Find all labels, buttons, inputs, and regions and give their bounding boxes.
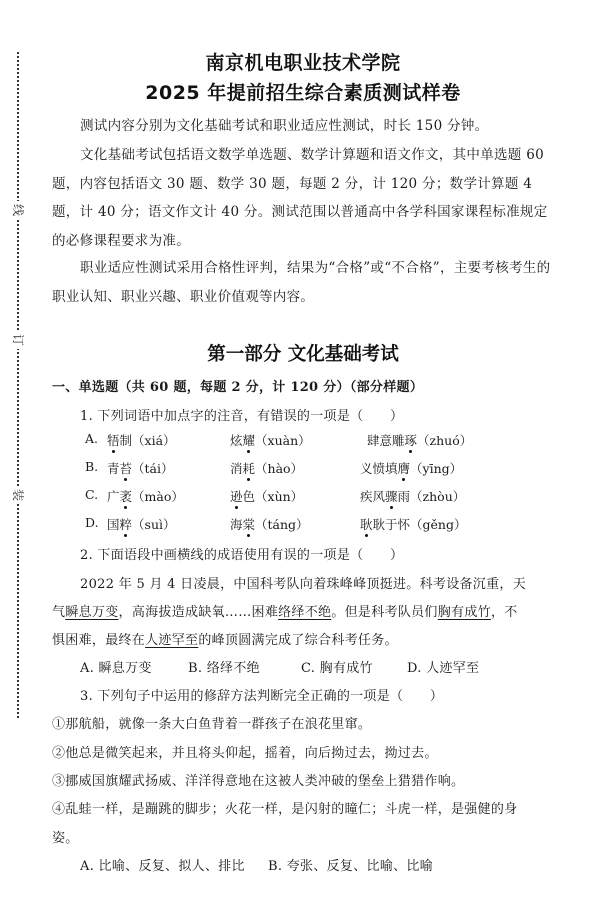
emphasis-dot-char: 骤 (385, 487, 398, 505)
underlined-idiom: 络绎不绝 (278, 605, 331, 620)
emphasis-dot-char: 耀 (243, 431, 256, 449)
question-1-stem: 1. 下列词语中加点字的注音，有错误的一项是（ ） (80, 405, 403, 424)
option-word-3: 疾风骤雨（zhòu） (360, 487, 465, 505)
choice-b: B. 络绎不绝 (188, 657, 260, 676)
emphasis-dot-char: 逊 (230, 487, 243, 505)
emphasis-dot-char: 袤 (120, 487, 133, 505)
intro-paragraph-2: 文化基础考试包括语文数学单选题、数学计算题和语文作文，其中单选题 60 题，内容… (52, 141, 557, 255)
emphasis-dot-char: 琢 (405, 431, 418, 449)
choice-a: A. 比喻、反复、拟人、排比 (80, 855, 245, 874)
option-word-3: 义愤填膺（yīng） (360, 459, 462, 477)
option-label: D. (85, 515, 99, 530)
option-word-1: 广袤（mào） (107, 487, 184, 505)
question-3-choices: A. 比喻、反复、拟人、排比 B. 夸张、反复、比喻、比喻 (80, 855, 500, 875)
emphasis-dot-char: 耿 (360, 515, 373, 533)
exam-title: 2025 年提前招生综合素质测试样卷 (0, 78, 606, 105)
choice-a: A. 瞬息万变 (80, 657, 152, 676)
emphasis-dot-char: 耗 (243, 459, 256, 477)
section-heading: 一、单选题（共 60 题，每题 2 分，计 120 分）（部分样题） (52, 376, 423, 395)
option-word-2: 炫耀（xuàn） (230, 431, 311, 449)
question-3-stem: 3. 下列句子中运用的修辞方法判断完全正确的一项是（ ） (80, 685, 443, 704)
emphasis-dot-char: 粹 (120, 515, 133, 533)
question-3-sentence-4-cont: 姿。 (52, 827, 79, 846)
option-word-2: 海棠（táng） (230, 515, 309, 533)
underlined-idiom: 瞬息万变 (65, 605, 118, 620)
school-name: 南京机电职业技术学院 (0, 48, 606, 75)
choice-b: B. 夸张、反复、比喻、比喻 (268, 855, 433, 874)
option-word-2: 消耗（hào） (230, 459, 303, 477)
question-3-sentence-1: ①那航船，就像一条大白鱼背着一群孩子在浪花里窜。 (52, 713, 371, 732)
emphasis-dot-char: 棠 (243, 515, 256, 533)
intro-paragraph-1: 测试内容分别为文化基础考试和职业适应性测试，时长 150 分钟。 (52, 112, 557, 141)
emphasis-dot-char: 牾 (107, 431, 120, 449)
question-2-passage-line-2: 气瞬息万变，高海拔造成缺氧……困难络绎不绝。但是科考队员们胸有成竹，不 (52, 601, 518, 620)
binding-dotted-line (17, 52, 19, 718)
option-word-2: 逊色（xùn） (230, 487, 303, 505)
part-title: 第一部分 文化基础考试 (0, 340, 606, 366)
question-3-sentence-2: ②他总是微笑起来，并且将头仰起，摇着，向后拗过去，拗过去。 (52, 742, 438, 761)
underlined-idiom: 人迹罕至 (145, 633, 198, 648)
option-label: A. (85, 431, 98, 446)
choice-d: D. 人迹罕至 (407, 657, 479, 676)
option-word-1: 青苔（tái） (107, 459, 174, 477)
question-2-choices: A. 瞬息万变 B. 络绎不绝 C. 胸有成竹 D. 人迹罕至 (80, 657, 500, 677)
option-word-1: 牾制（xiá） (107, 431, 176, 449)
choice-c: C. 胸有成竹 (301, 657, 373, 676)
question-3-sentence-4: ④乱蛙一样，是蹦跳的脚步；火花一样，是闪射的瞳仁；斗虎一样，是强健的身 (52, 798, 518, 817)
option-word-1: 国粹（suì） (107, 515, 176, 533)
emphasis-dot-char: 膺 (398, 459, 411, 477)
emphasis-dot-char: 苔 (120, 459, 133, 477)
underlined-idiom: 胸有成竹 (438, 605, 491, 620)
question-2-passage-line-1: 2022 年 5 月 4 日凌晨，中国科考队向着珠峰峰顶挺进。科考设备沉重，天 (80, 573, 526, 592)
option-label: C. (85, 487, 98, 502)
option-word-3: 耿耿于怀（gěng） (360, 515, 466, 533)
question-2-stem: 2. 下面语段中画横线的成语使用有误的一项是（ ） (80, 544, 403, 563)
binding-label-line: 线 (10, 201, 26, 219)
question-2-passage-line-3: 惧困难，最终在人迹罕至的峰顶圆满完成了综合科考任务。 (52, 629, 398, 648)
question-3-sentence-3: ③挪威国旗耀武扬威、洋洋得意地在这被人类冲破的堡垒上猎猎作响。 (52, 770, 464, 789)
intro-paragraph-3: 职业适应性测试采用合格性评判，结果为“合格”或“不合格”，主要考核考生的职业认知… (52, 254, 557, 311)
option-word-3: 肆意雕琢（zhuó） (367, 431, 472, 449)
option-label: B. (85, 459, 98, 474)
binding-label-bind: 装 (10, 486, 26, 504)
